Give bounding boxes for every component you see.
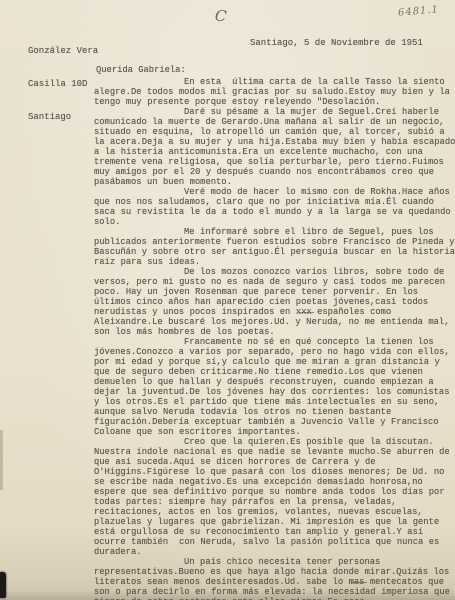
paragraph: Me informaré sobre el libro de Seguel, p… bbox=[94, 227, 455, 267]
scan-corner-blot bbox=[0, 572, 6, 598]
paragraph: De los mozos conozco varios libros, sobr… bbox=[94, 267, 455, 337]
salutation: Querida Gabriela: bbox=[96, 65, 186, 75]
paragraph: Francamente no sé en qué concepto la tie… bbox=[94, 337, 455, 437]
scan-edge-smudge bbox=[0, 430, 3, 490]
paragraph: En esta última carta de la calle Tasso l… bbox=[94, 77, 455, 107]
letter-body: En esta última carta de la calle Tasso l… bbox=[94, 77, 455, 600]
letter-page: C 6481.1 González Vera Casilla 10D Santi… bbox=[0, 0, 455, 600]
paragraph: Daré su pésame a la mujer de Seguel.Creí… bbox=[94, 107, 455, 187]
sender-name: González Vera bbox=[28, 46, 98, 57]
handwritten-archive-number: 6481.1 bbox=[398, 4, 440, 19]
paragraph: Veré modo de hacer lo mismo con de Rokha… bbox=[94, 187, 455, 227]
sender-address-block: González Vera Casilla 10D Santiago bbox=[28, 24, 98, 145]
sender-address-line: Casilla 10D bbox=[28, 79, 98, 90]
scan-bottom-edge bbox=[0, 590, 455, 600]
dateline: Santiago, 5 de Noviembre de 1951 bbox=[250, 38, 423, 48]
paragraph: Creo que la quieren.Es posible que la di… bbox=[94, 437, 455, 557]
sender-city: Santiago bbox=[28, 112, 98, 123]
handwritten-letter-c-mark: C bbox=[214, 6, 227, 25]
